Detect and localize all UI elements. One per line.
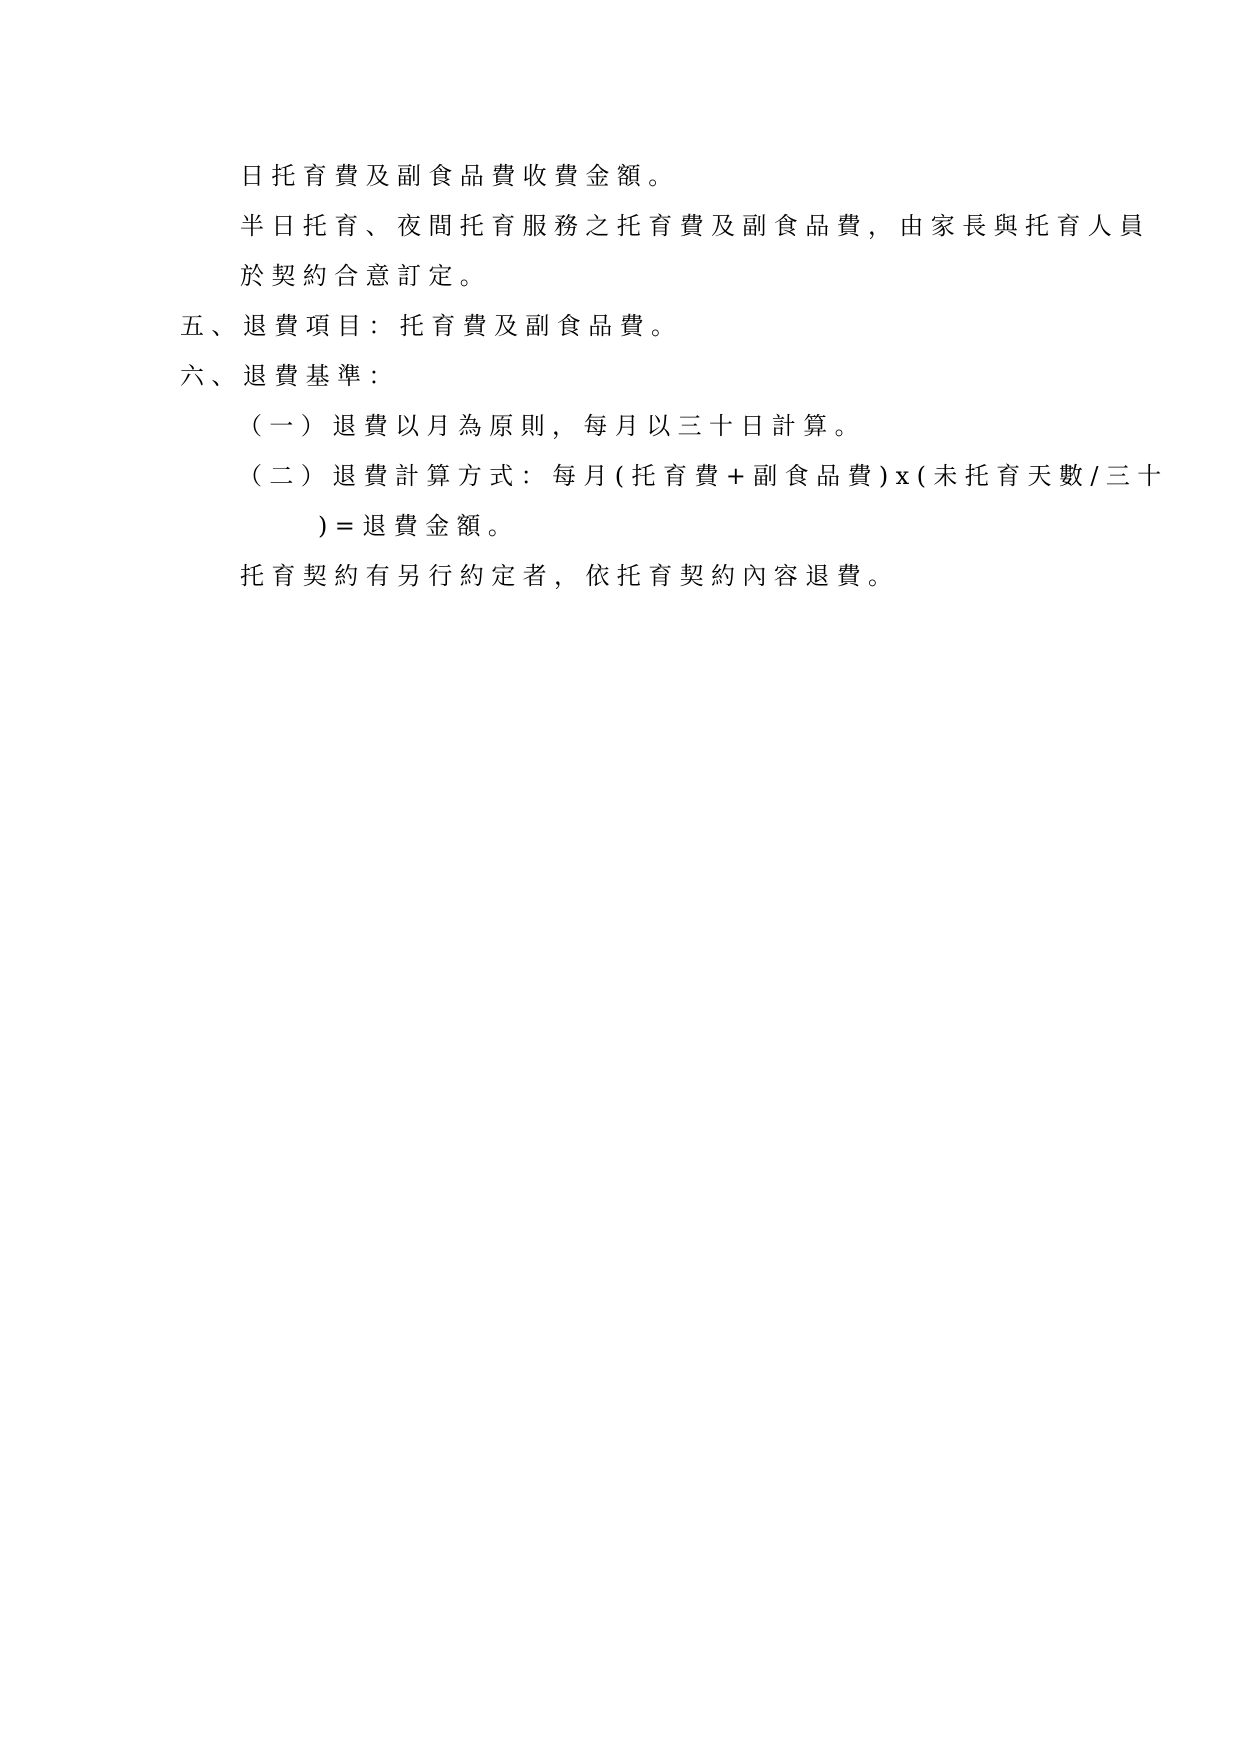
paragraph-half-day-night-care-continuation: 於契約合意訂定。: [240, 261, 491, 291]
paragraph-half-day-night-care: 半日托育、夜間托育服務之托育費及副食品費，由家長與托育人員: [240, 211, 1151, 241]
refund-criteria-item-2-continuation: )=退費金額。: [318, 511, 519, 541]
paragraph-contract-exception: 托育契約有另行約定者，依托育契約內容退費。: [240, 561, 899, 591]
section-five-refund-items: 五、退費項目：托育費及副食品費。: [180, 311, 682, 341]
paragraph-fee-amount-continuation: 日托育費及副食品費收費金額。: [240, 161, 680, 191]
section-six-refund-criteria-heading: 六、退費基準：: [180, 361, 400, 391]
refund-criteria-item-1: （一）退費以月為原則，每月以三十日計算。: [238, 411, 866, 441]
document-page: 日托育費及副食品費收費金額。 半日托育、夜間托育服務之托育費及副食品費，由家長與…: [0, 0, 1241, 1755]
refund-criteria-item-2: （二）退費計算方式：每月(托育費+副食品費)x(未托育天數/三十: [238, 461, 1169, 491]
